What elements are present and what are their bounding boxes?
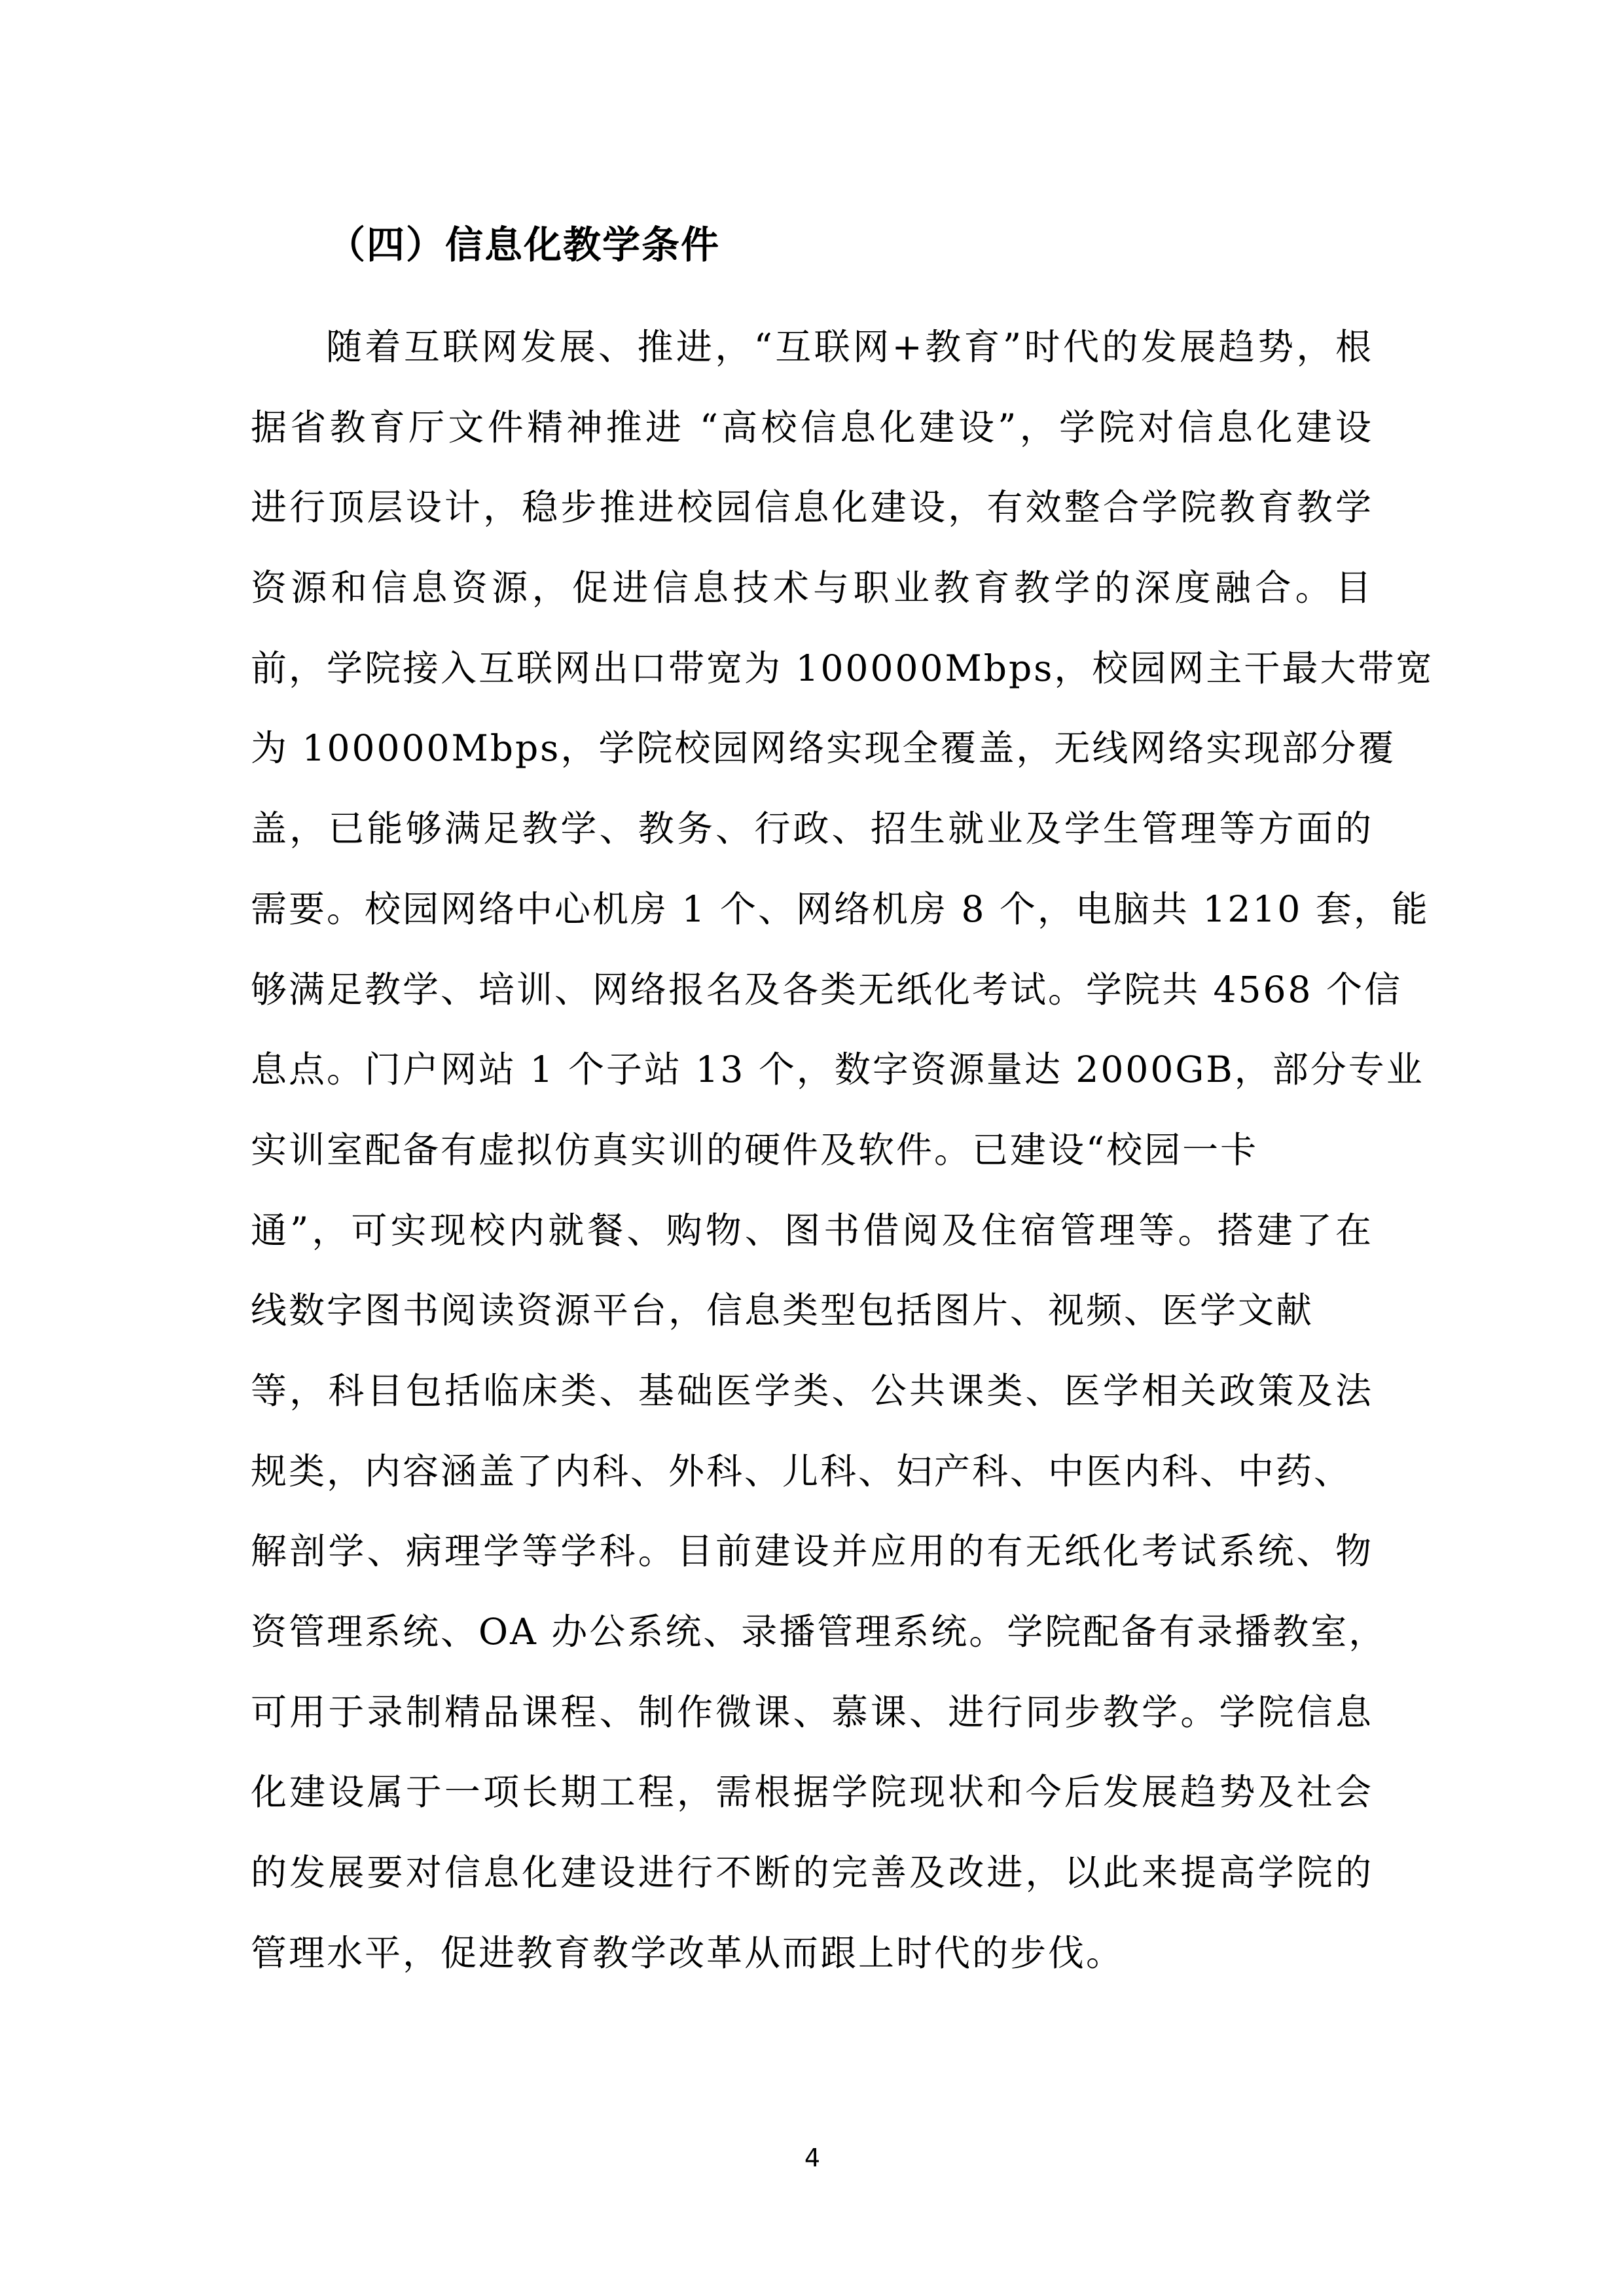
paragraph-line: 盖，已能够满足教学、教务、行政、招生就业及学生管理等方面的 [251,802,1373,883]
paragraph-line: 进行顶层设计，稳步推进校园信息化建设，有效整合学院教育教学 [251,481,1373,562]
paragraph-line: 线数字图书阅读资源平台，信息类型包括图片、视频、医学文献 [251,1284,1373,1365]
paragraph-line: 资源和信息资源，促进信息技术与职业教育教学的深度融合。目 [251,562,1373,642]
paragraph-line: 资管理系统、OA 办公系统、录播管理系统。学院配备有录播教室， [251,1605,1373,1686]
paragraph-line: 前，学院接入互联网出口带宽为 100000Mbps，校园网主干最大带宽 [251,642,1373,723]
paragraph-line: 为 100000Mbps，学院校园网络实现全覆盖，无线网络实现部分覆 [251,722,1373,802]
document-page: （四）信息化教学条件 随着互联网发展、推进，“互联网+教育”时代的发展趋势，根 … [0,0,1624,2296]
paragraph-line: 通”，可实现校内就餐、购物、图书借阅及住宿管理等。搭建了在 [251,1204,1373,1285]
paragraph-line: 随着互联网发展、推进，“互联网+教育”时代的发展趋势，根 [251,321,1373,401]
paragraph-line: 管理水平，促进教育教学改革从而跟上时代的步伐。 [251,1927,1373,2007]
paragraph-line: 实训室配备有虚拟仿真实训的硬件及软件。已建设“校园一卡 [251,1124,1373,1204]
paragraph-line: 规类，内容涵盖了内科、外科、儿科、妇产科、中医内科、中药、 [251,1445,1373,1526]
paragraph-line: 需要。校园网络中心机房 1 个、网络机房 8 个，电脑共 1210 套，能 [251,883,1373,963]
paragraph-line: 据省教育厅文件精神推进 “高校信息化建设”，学院对信息化建设 [251,401,1373,482]
paragraph-line: 解剖学、病理学等学科。目前建设并应用的有无纸化考试系统、物 [251,1525,1373,1605]
section-heading: （四）信息化教学条件 [327,219,720,271]
paragraph-line: 等，科目包括临床类、基础医学类、公共课类、医学相关政策及法 [251,1365,1373,1445]
paragraph-line: 息点。门户网站 1 个子站 13 个，数字资源量达 2000GB，部分专业 [251,1043,1373,1124]
page-number: 4 [803,2142,822,2174]
paragraph-line: 够满足教学、培训、网络报名及各类无纸化考试。学院共 4568 个信 [251,963,1373,1044]
paragraph-line: 化建设属于一项长期工程，需根据学院现状和今后发展趋势及社会 [251,1766,1373,1846]
body-paragraph: 随着互联网发展、推进，“互联网+教育”时代的发展趋势，根 据省教育厅文件精神推进… [251,321,1373,2007]
paragraph-line: 可用于录制精品课程、制作微课、慕课、进行同步教学。学院信息 [251,1686,1373,1767]
paragraph-line: 的发展要对信息化建设进行不断的完善及改进，以此来提高学院的 [251,1846,1373,1927]
